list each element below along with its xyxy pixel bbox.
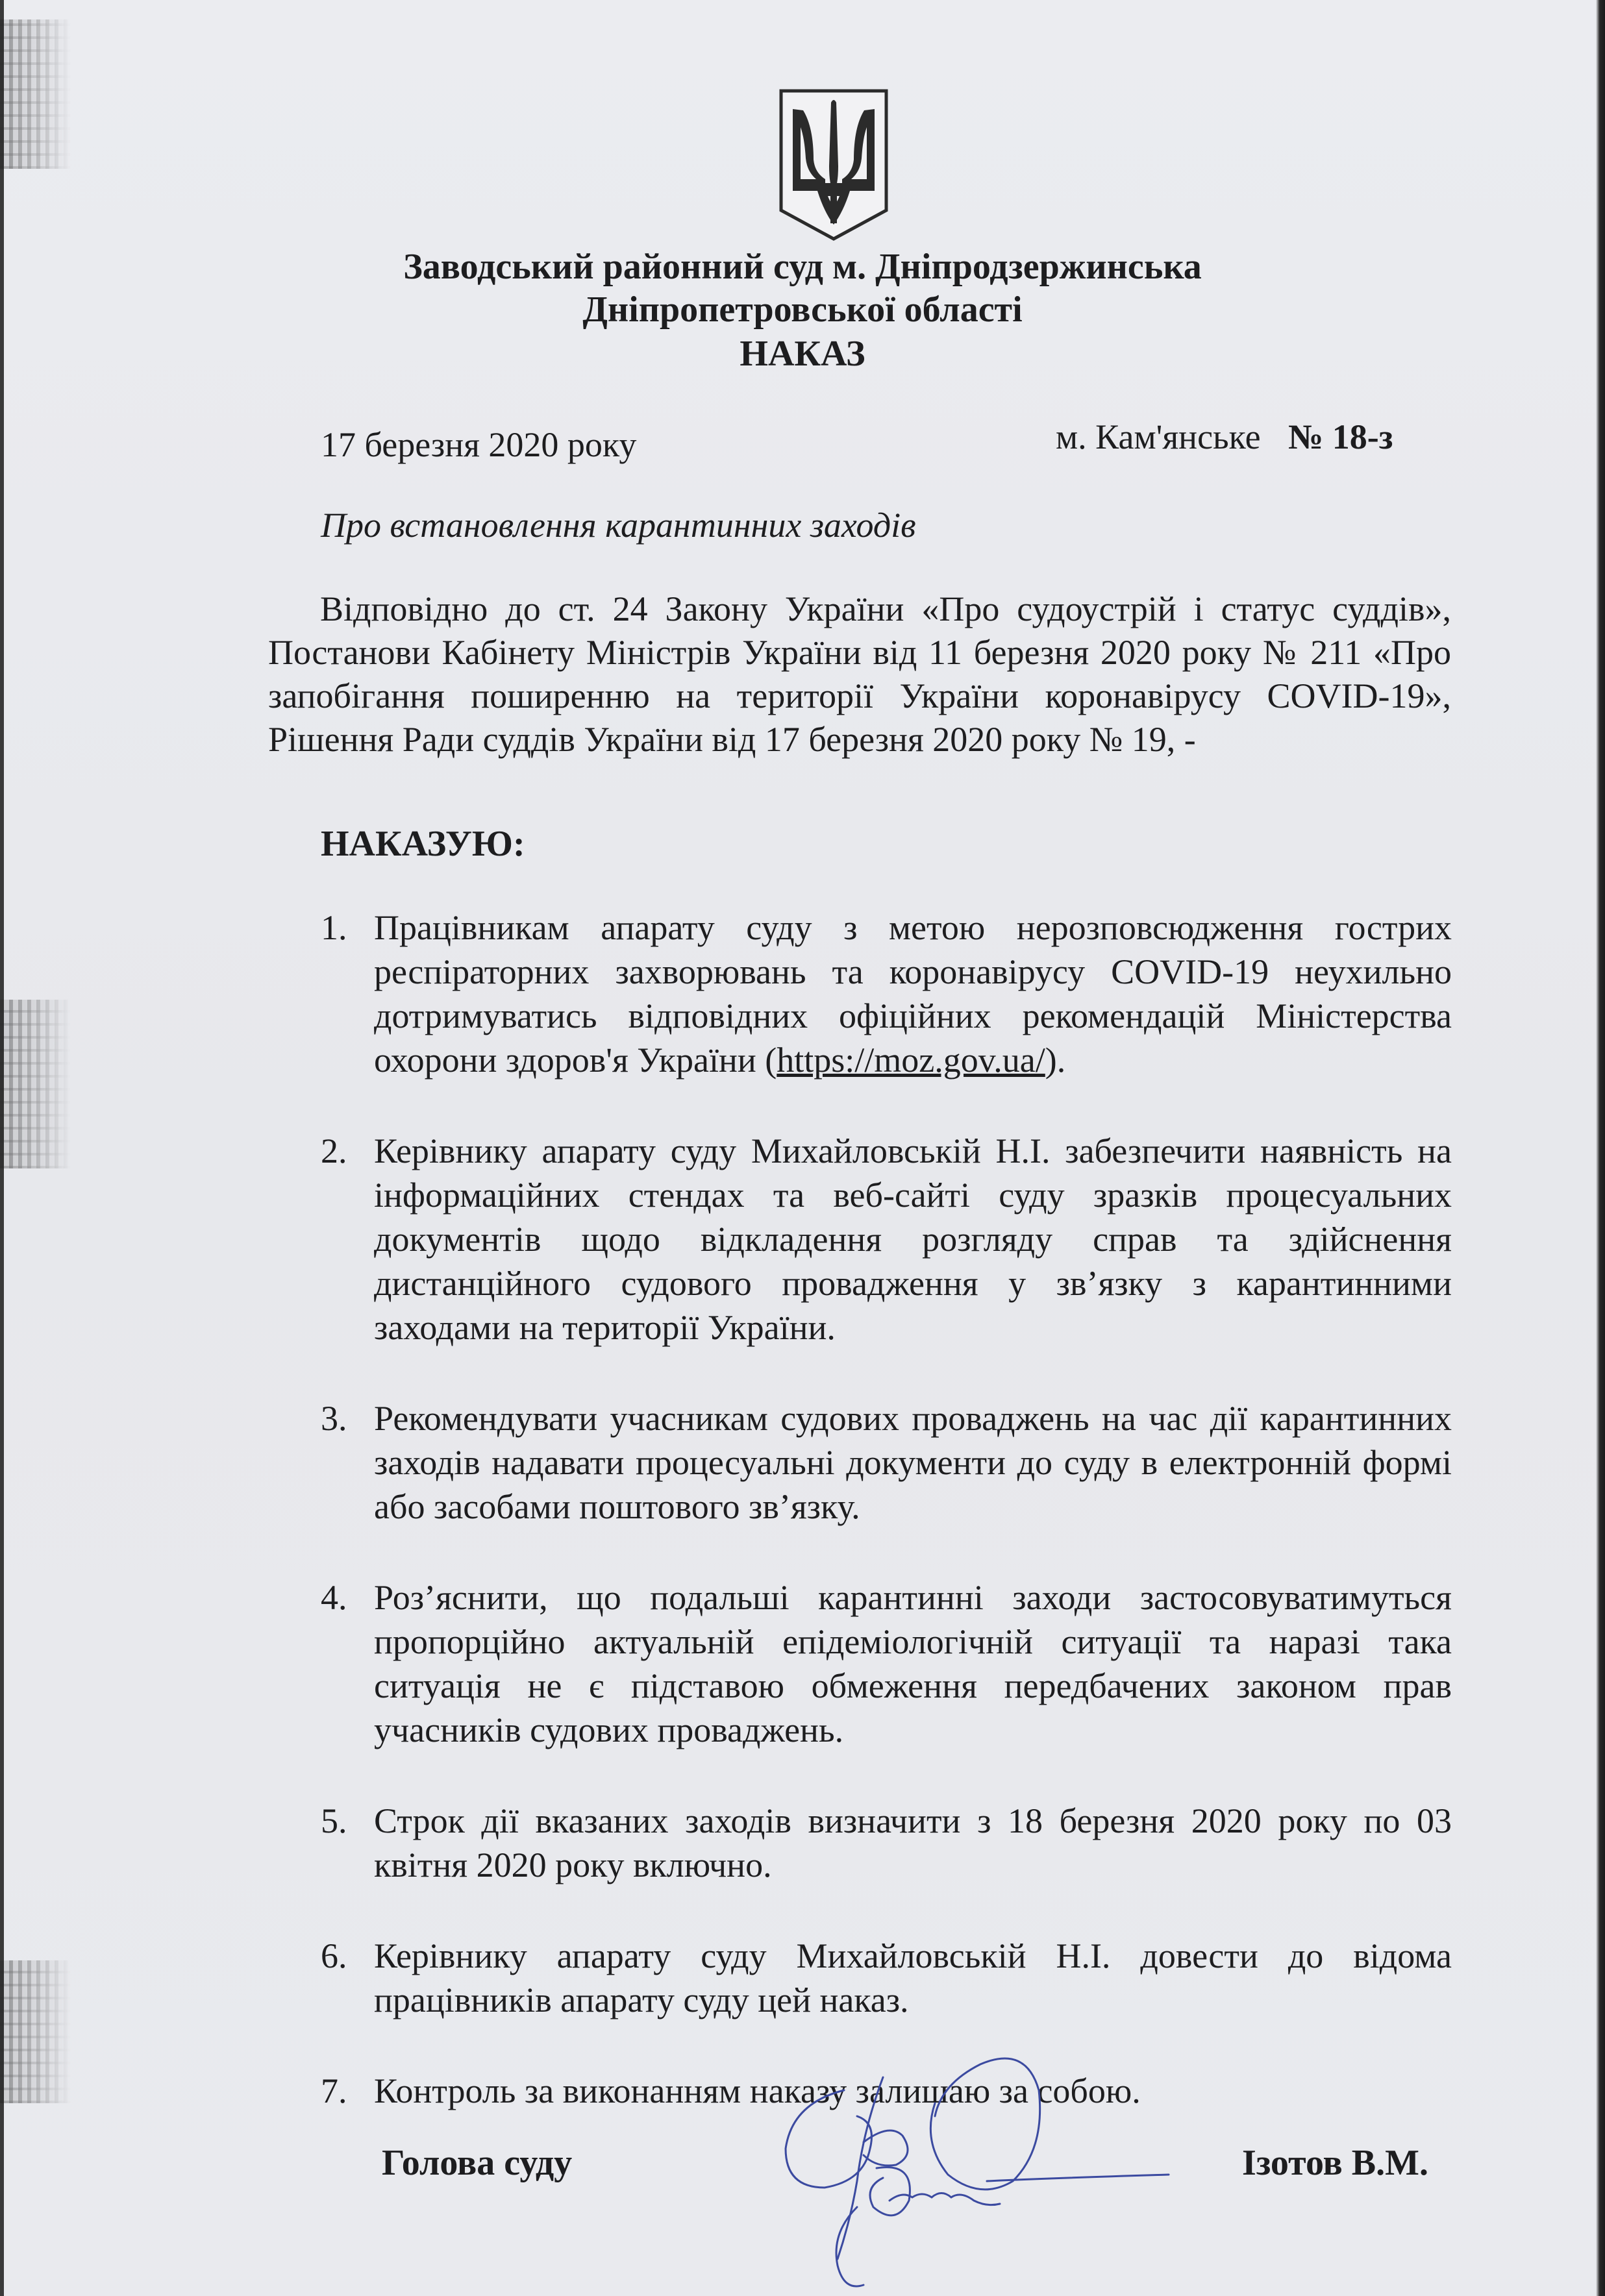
item-text: Роз’яснити, що подальші карантинні заход… [374, 1578, 1452, 1749]
document-number: № 18-з [1288, 417, 1393, 457]
scan-smudge-bottom [0, 1960, 71, 2103]
document-date: 17 березня 2020 року [321, 425, 636, 465]
order-heading: НАКАЗУЮ: [321, 823, 525, 865]
item-text: Рекомендувати учасникам судових провадже… [374, 1399, 1452, 1526]
order-item-5: 5. Строк дії вказаних заходів визначити … [321, 1799, 1452, 1887]
order-item-1: 1. Працівникам апарату суду з метою неро… [321, 906, 1452, 1082]
item-text: Строк дії вказаних заходів визначити з 1… [374, 1801, 1452, 1884]
item-text-end: ). [1045, 1041, 1065, 1080]
preamble-paragraph: Відповідно до ст. 24 Закону України «Про… [268, 587, 1451, 761]
document-type-title: НАКАЗ [0, 332, 1605, 375]
document-meta-row: 17 березня 2020 року м. Кам'янське № 18-… [321, 415, 1450, 467]
item-text: Керівнику апарату суду Михайловській Н.І… [374, 1936, 1452, 2019]
item-number: 7. [321, 2069, 347, 2113]
order-item-3: 3. Рекомендувати учасникам судових прова… [321, 1396, 1452, 1529]
court-name: Заводський районний суд м. Дніпродзержин… [0, 245, 1605, 288]
scanned-page: Заводський районний суд м. Дніпродзержин… [0, 0, 1605, 2296]
document-city: м. Кам'янське [1056, 417, 1261, 457]
coat-of-arms-trident-icon [778, 88, 889, 241]
moz-website-link[interactable]: https://moz.gov.ua/ [777, 1041, 1045, 1080]
item-number: 2. [321, 1129, 347, 1173]
signer-title: Голова суду [382, 2142, 572, 2184]
item-number: 3. [321, 1396, 347, 1440]
signer-name: Ізотов В.М. [1242, 2142, 1428, 2184]
order-item-6: 6. Керівнику апарату суду Михайловській … [321, 1934, 1452, 2022]
item-number: 1. [321, 906, 347, 950]
item-number: 4. [321, 1575, 347, 1620]
order-item-7: 7. Контроль за виконанням наказу залишаю… [321, 2069, 1452, 2113]
order-item-2: 2. Керівнику апарату суду Михайловській … [321, 1129, 1452, 1350]
scan-smudge-top [0, 19, 71, 169]
signature-block: Голова суду Ізотов В.М. [382, 2142, 1428, 2194]
order-item-4: 4. Роз’яснити, що подальші карантинні за… [321, 1575, 1452, 1752]
item-text: Контроль за виконанням наказу залишаю за… [374, 2071, 1141, 2110]
item-number: 5. [321, 1799, 347, 1843]
document-subject: Про встановлення карантинних заходів [321, 505, 916, 545]
item-number: 6. [321, 1934, 347, 1978]
scan-smudge-middle [0, 1000, 71, 1168]
item-text: Керівнику апарату суду Михайловській Н.І… [374, 1131, 1452, 1347]
court-region: Дніпропетровської області [0, 288, 1605, 331]
order-items-list: 1. Працівникам апарату суду з метою неро… [321, 906, 1452, 2113]
